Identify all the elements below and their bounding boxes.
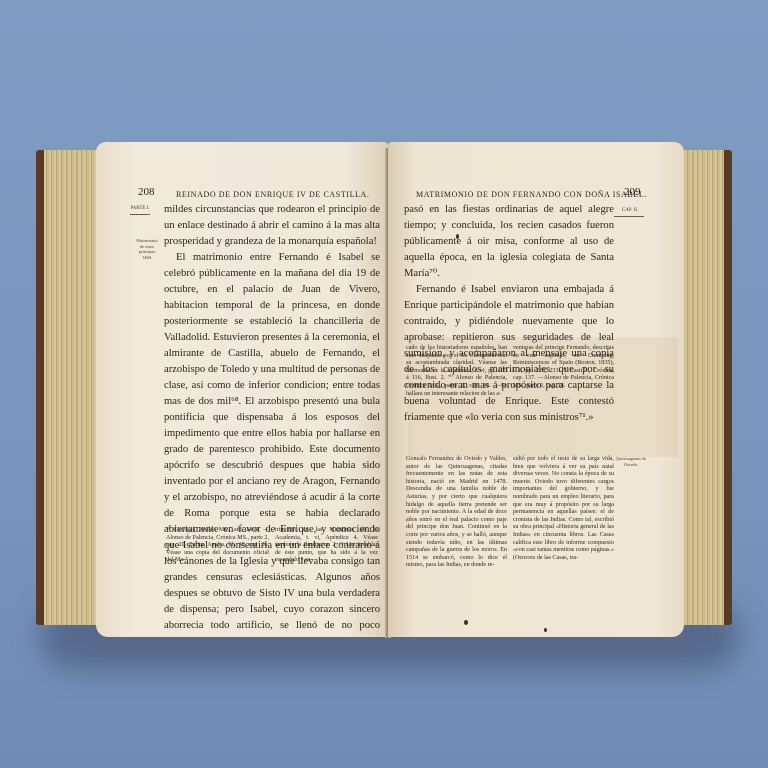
page-edges-left — [44, 150, 100, 625]
footnote-col: sidió por todo el resto de su larga vida… — [513, 456, 614, 570]
ink-spot — [456, 234, 459, 239]
paragraph: pasó en las fiestas ordinarias de aquel … — [404, 202, 614, 282]
running-head: REINADO DE DON ENRIQUE IV DE CASTILLA. — [176, 190, 370, 199]
ink-spot — [544, 628, 547, 632]
footnotes: ⁶⁸ Carvajal, Anales MS., año 1469. —Alon… — [166, 527, 378, 565]
margin-part: CAP. II. — [616, 208, 644, 214]
page-edges-right — [680, 150, 724, 625]
margin-note: Quincuagenas de Oviedo. — [614, 456, 648, 467]
left-page: 208 REINADO DE DON ENRIQUE IV DE CASTILL… — [96, 142, 388, 637]
margin-part: PARTE I. — [130, 206, 150, 212]
body-text: mildes circunstancias que rodearon el pr… — [164, 202, 380, 637]
margin-note: Matrimonio de estos principes 1469. — [134, 238, 160, 260]
footnotes-top: cado de los historiadores españoles, han… — [406, 345, 614, 398]
footnotes-bottom: Gonzalo Fernandez de Oviedo y Valdes, au… — [406, 456, 614, 570]
footnote-col: trimonio en las Memorias de la Academia,… — [275, 527, 378, 565]
footnote-col: venturas del principe Fernando, descrita… — [513, 345, 614, 398]
ink-spot — [464, 620, 468, 625]
page-number: 208 — [138, 186, 155, 198]
margin-rule — [614, 216, 644, 217]
page-number: 209 — [624, 186, 641, 198]
footnote-col: ⁶⁸ Carvajal, Anales MS., año 1469. —Alon… — [166, 527, 269, 565]
footnote-col: Gonzalo Fernandez de Oviedo y Valdes, au… — [406, 456, 507, 570]
paragraph: El matrimonio entre Fernando é Isabel se… — [164, 250, 380, 637]
running-head: MATRIMONIO DE DON FERNANDO CON DOÑA ISAB… — [416, 190, 647, 199]
paragraph: mildes circunstancias que rodearon el pr… — [164, 202, 380, 250]
footnote-col: cado de los historiadores españoles, han… — [406, 345, 507, 398]
margin-rule — [130, 214, 150, 215]
right-page: MATRIMONIO DE DON FERNANDO CON DOÑA ISAB… — [388, 142, 684, 637]
